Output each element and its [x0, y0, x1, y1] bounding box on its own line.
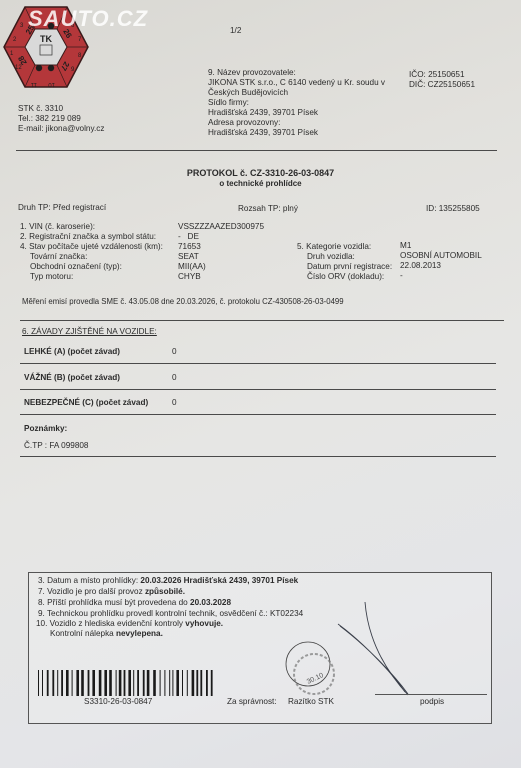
signature-line [375, 694, 487, 695]
summary-line-7-label: 7. Vozidlo je pro další provoz [38, 587, 145, 596]
defects-divider [20, 363, 496, 364]
category-label: 5. Kategorie vozidla: [297, 242, 371, 252]
operator-seat-address: Hradišťská 2439, 39701 Písek [208, 108, 318, 118]
engine-label: Typ motoru: [30, 272, 73, 282]
stk-number: STK č. 3310 [18, 104, 63, 114]
first-registration-label: Datum první registrace: [307, 262, 392, 272]
svg-text:TK: TK [40, 34, 52, 44]
operator-heading: 9. Název provozovatele: [208, 68, 296, 78]
page-number: 1/2 [230, 26, 241, 36]
operator-name-line2: Českých Budějovicích [208, 88, 288, 98]
model-value: MII(AA) [178, 262, 206, 272]
first-registration-value: 22.08.2013 [400, 261, 441, 271]
svg-text:30.10: 30.10 [306, 672, 325, 686]
summary-line-10b-value: nevylepena. [116, 629, 163, 638]
signature-label: podpis [420, 697, 444, 707]
svg-text:10: 10 [48, 81, 55, 87]
registration-label: 2. Registrační značka a symbol státu: [20, 232, 156, 242]
vin-label: 1. VIN (č. karoserie): [20, 222, 95, 232]
operator-name-line1: JIKONA STK s.r.o., C 6140 vedený u Kr. s… [208, 78, 385, 88]
defects-title: 6. ZÁVADY ZJIŠTĚNÉ NA VOZIDLE: [22, 327, 157, 337]
operator-dic: DIČ: CZ25150651 [409, 80, 475, 90]
watermark: SAUTO.CZ [28, 6, 148, 32]
defects-dangerous-value: 0 [172, 398, 177, 408]
engine-value: CHYB [178, 272, 201, 282]
operator-office-label: Adresa provozovny: [208, 118, 280, 128]
operator-seat-label: Sídlo firmy: [208, 98, 249, 108]
model-label: Obchodní označení (typ): [30, 262, 122, 272]
header-divider [16, 150, 497, 151]
defects-divider [20, 414, 496, 415]
barcode-text: S3310-26-03-0847 [84, 697, 152, 707]
summary-line-8-value: 20.03.2028 [190, 598, 231, 607]
inspection-scope: Rozsah TP: plný [238, 204, 298, 214]
make-value: SEAT [178, 252, 199, 262]
defects-serious-label: VÁŽNÉ (B) (počet závad) [24, 373, 120, 383]
operator-office-address: Hradišťská 2439, 39701 Písek [208, 128, 318, 138]
summary-line-3-label: 3. Datum a místo prohlídky: [38, 576, 140, 585]
inspection-type: Druh TP: Před registrací [18, 203, 106, 213]
za-spravnost-label: Za správnost: [227, 697, 277, 707]
summary-line-10: 10. Vozidlo z hlediska evidenční kontrol… [36, 619, 223, 629]
defects-divider [20, 389, 496, 390]
summary-line-8-label: 8. Příští prohlídka musí být provedena d… [38, 598, 190, 607]
summary-line-8: 8. Příští prohlídka musí být provedena d… [38, 598, 231, 608]
odometer-value: 71653 [178, 242, 201, 252]
vehicle-kind-label: Druh vozidla: [307, 252, 355, 262]
station-email: E-mail: jikona@volny.cz [18, 124, 104, 134]
defects-light-value: 0 [172, 347, 177, 357]
notes-divider [20, 456, 496, 457]
summary-line-7: 7. Vozidlo je pro další provoz způsobilé… [38, 587, 185, 597]
barcode-icon [38, 670, 214, 696]
category-value: M1 [400, 241, 411, 251]
defects-serious-value: 0 [172, 373, 177, 383]
defects-light-label: LEHKÉ (A) (počet závad) [24, 347, 120, 357]
emissions-note: Měření emisí provedla SME č. 43.05.08 dn… [22, 297, 344, 307]
svg-text:11: 11 [30, 81, 37, 87]
summary-line-3-value: 20.03.2026 Hradišťská 2439, 39701 Písek [140, 576, 298, 585]
orv-value: - [400, 271, 403, 281]
summary-line-7-value: způsobilé. [145, 587, 185, 596]
defects-dangerous-label: NEBEZPEČNÉ (C) (počet závad) [24, 398, 148, 408]
protocol-title: PROTOKOL č. CZ-3310-26-03-0847 [0, 168, 521, 178]
vin-value: VSSZZZAAZED300975 [178, 222, 264, 232]
protocol-id: ID: 135255805 [426, 204, 480, 214]
summary-line-10b: Kontrolní nálepka nevylepena. [50, 629, 163, 639]
station-phone: Tel.: 382 219 089 [18, 114, 81, 124]
protocol-subtitle: o technické prohlídce [0, 179, 521, 189]
make-label: Tovární značka: [30, 252, 87, 262]
summary-line-9: 9. Technickou prohlídku provedl kontroln… [38, 609, 303, 619]
orv-label: Číslo ORV (dokladu): [307, 272, 384, 282]
summary-line-10-label: 10. Vozidlo z hlediska evidenční kontrol… [36, 619, 185, 628]
stamp-label: Razítko STK [288, 697, 334, 707]
summary-line-10b-label: Kontrolní nálepka [50, 629, 116, 638]
summary-line-10-value: vyhovuje. [185, 619, 223, 628]
registration-value: - DE [178, 232, 199, 242]
emissions-divider [20, 320, 504, 321]
summary-line-3: 3. Datum a místo prohlídky: 20.03.2026 H… [38, 576, 298, 586]
notes-text: Č.TP : FA 099808 [24, 441, 88, 451]
notes-label: Poznámky: [24, 424, 67, 434]
odometer-label: 4. Stav počítače ujeté vzdálenosti (km): [20, 242, 163, 252]
vehicle-kind-value: OSOBNÍ AUTOMOBIL [400, 251, 482, 261]
svg-text:12: 12 [15, 65, 22, 71]
operator-ico: IČO: 25150651 [409, 70, 465, 80]
